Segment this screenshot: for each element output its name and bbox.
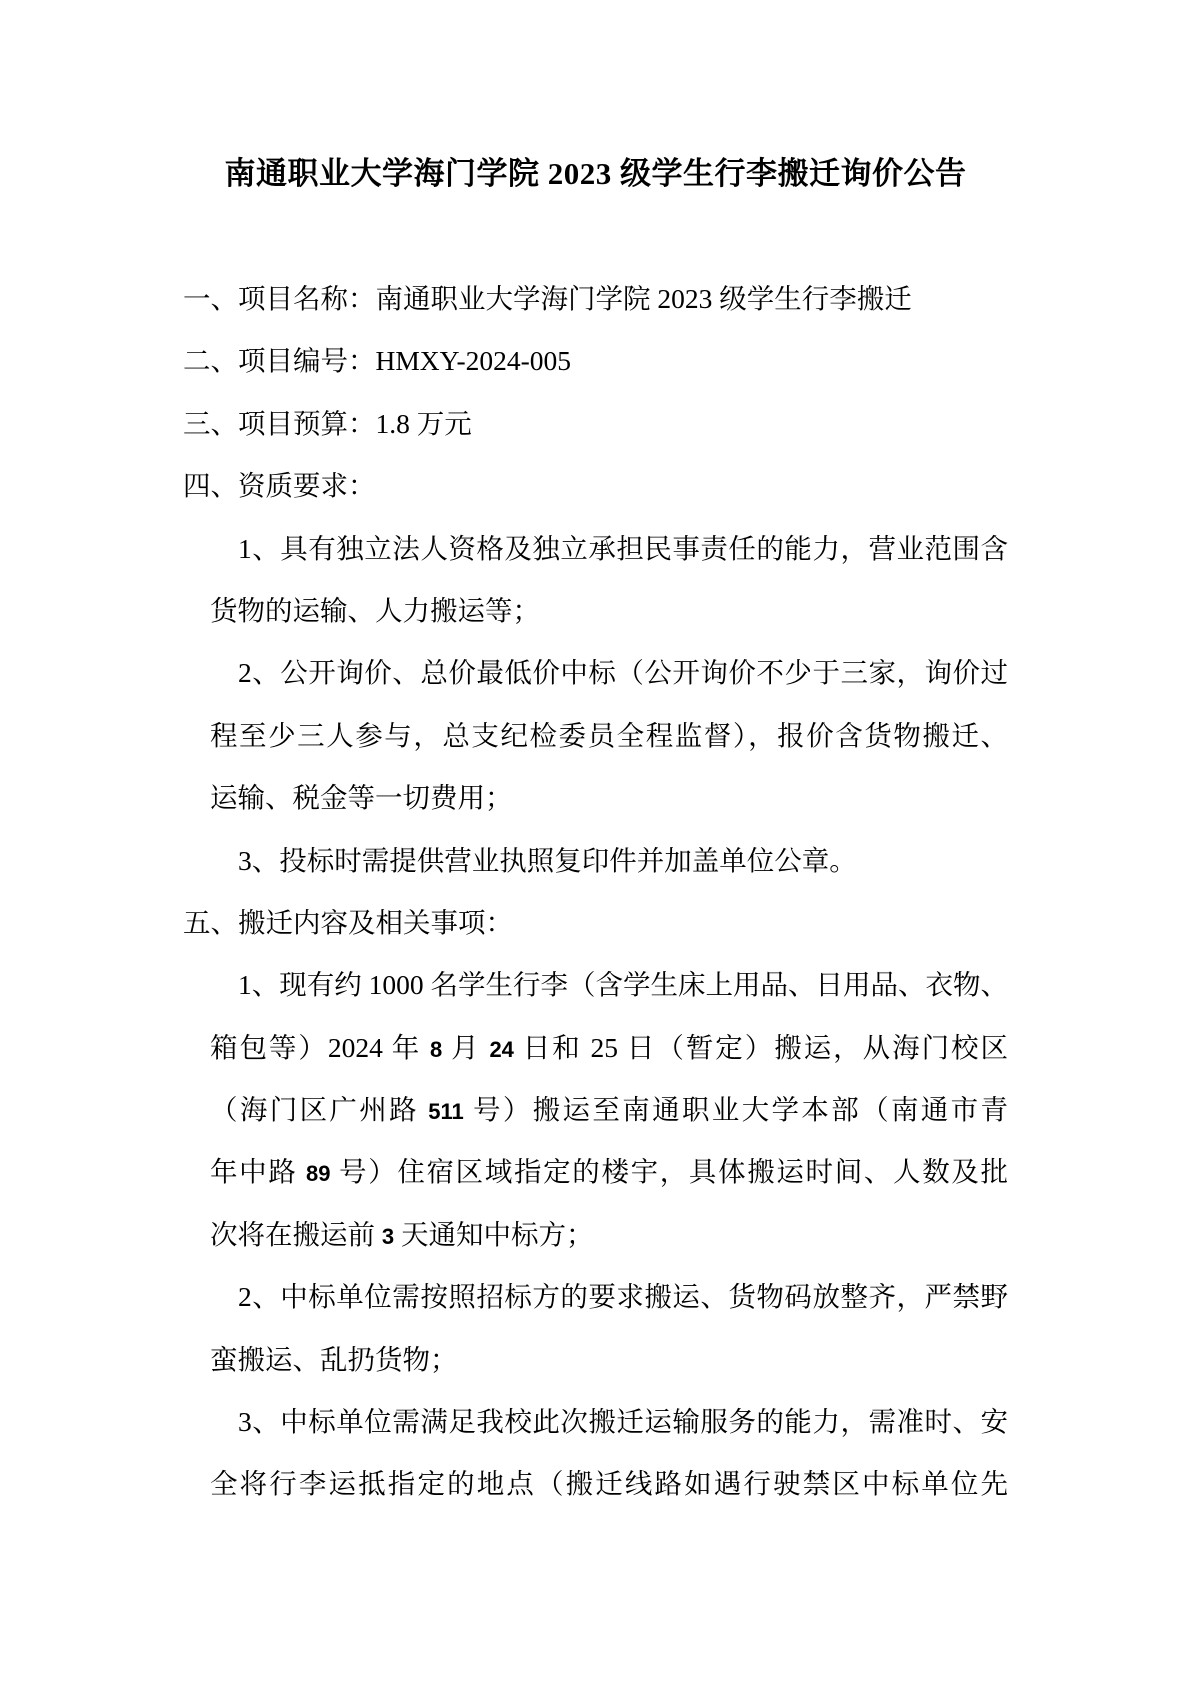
- text-line: 全将行李运抵指定的地点（搬迁线路如遇行驶禁区中标单位先: [210, 1453, 1008, 1515]
- text-line: 五、搬迁内容及相关事项：: [183, 892, 1191, 954]
- text-segment: 1、具有独立法人资格及独立承担民事责任的能力，营业范围含: [238, 533, 1008, 564]
- text-segment: 天通知中标方；: [394, 1219, 593, 1250]
- text-segment: 一、项目名称：南通职业大学海门学院 2023 级学生行李搬迁: [183, 283, 912, 314]
- document-title: 南通职业大学海门学院 2023 级学生行李搬迁询价公告: [0, 143, 1191, 205]
- text-line: 运输、税金等一切费用；: [210, 767, 1008, 829]
- sans-number: 3: [382, 1224, 394, 1249]
- text-line: 程至少三人参与，总支纪检委员全程监督），报价含货物搬迁、: [210, 705, 1008, 767]
- text-line: 三、项目预算：1.8 万元: [183, 393, 1191, 455]
- sans-number: 8: [430, 1037, 442, 1062]
- text-segment: 年中路: [210, 1156, 306, 1187]
- text-segment: 2、公开询价、总价最低价中标（公开询价不少于三家，询价过: [238, 657, 1008, 688]
- text-segment: 次将在搬运前: [210, 1219, 382, 1250]
- sans-number: 89: [306, 1161, 330, 1186]
- text-line: 一、项目名称：南通职业大学海门学院 2023 级学生行李搬迁: [183, 268, 1191, 330]
- text-segment: 3、中标单位需满足我校此次搬迁运输服务的能力，需准时、安: [238, 1406, 1008, 1437]
- text-segment: 箱包等）2024 年: [210, 1032, 430, 1063]
- text-segment: 三、项目预算：1.8 万元: [183, 408, 472, 439]
- text-segment: 程至少三人参与，总支纪检委员全程监督），报价含货物搬迁、: [210, 720, 1008, 751]
- document-page: 南通职业大学海门学院 2023 级学生行李搬迁询价公告 一、项目名称：南通职业大…: [0, 0, 1191, 1684]
- text-segment: 号）住宿区域指定的楼宇，具体搬运时间、人数及批: [331, 1156, 1009, 1187]
- text-segment: （海门区广州路: [210, 1094, 428, 1125]
- text-segment: 1、现有约 1000 名学生行李（含学生床上用品、日用品、衣物、: [238, 969, 1008, 1000]
- text-line: 二、项目编号：HMXY-2024-005: [183, 330, 1191, 392]
- text-line: 2、公开询价、总价最低价中标（公开询价不少于三家，询价过: [238, 642, 1008, 704]
- text-line: （海门区广州路 511 号）搬运至南通职业大学本部（南通市青: [210, 1079, 1008, 1141]
- document-body: 一、项目名称：南通职业大学海门学院 2023 级学生行李搬迁二、项目编号：HMX…: [0, 268, 1191, 1516]
- text-line: 1、现有约 1000 名学生行李（含学生床上用品、日用品、衣物、: [238, 954, 1008, 1016]
- text-line: 2、中标单位需按照招标方的要求搬运、货物码放整齐，严禁野: [238, 1266, 1008, 1328]
- text-segment: 3、投标时需提供营业执照复印件并加盖单位公章。: [238, 845, 857, 876]
- text-segment: 货物的运输、人力搬运等；: [210, 595, 540, 626]
- sans-number: 511: [428, 1099, 464, 1124]
- text-line: 蛮搬运、乱扔货物；: [210, 1329, 1008, 1391]
- text-segment: 2、中标单位需按照招标方的要求搬运、货物码放整齐，严禁野: [238, 1281, 1008, 1312]
- text-line: 3、投标时需提供营业执照复印件并加盖单位公章。: [238, 830, 1008, 892]
- text-segment: 四、资质要求：: [183, 470, 376, 501]
- text-segment: 蛮搬运、乱扔货物；: [210, 1344, 458, 1375]
- text-line: 年中路 89 号）住宿区域指定的楼宇，具体搬运时间、人数及批: [210, 1141, 1008, 1203]
- text-segment: 运输、税金等一切费用；: [210, 782, 513, 813]
- text-segment: 全将行李运抵指定的地点（搬迁线路如遇行驶禁区中标单位先: [210, 1468, 1008, 1499]
- text-segment: 月: [442, 1032, 489, 1063]
- text-segment: 二、项目编号：HMXY-2024-005: [183, 345, 571, 376]
- text-line: 次将在搬运前 3 天通知中标方；: [210, 1204, 1008, 1266]
- text-line: 四、资质要求：: [183, 455, 1191, 517]
- sans-number: 24: [489, 1037, 513, 1062]
- text-line: 1、具有独立法人资格及独立承担民事责任的能力，营业范围含: [238, 518, 1008, 580]
- text-segment: 号）搬运至南通职业大学本部（南通市青: [464, 1094, 1008, 1125]
- text-segment: 日和 25 日（暂定）搬运，从海门校区: [514, 1032, 1008, 1063]
- text-line: 货物的运输、人力搬运等；: [210, 580, 1008, 642]
- text-segment: 五、搬迁内容及相关事项：: [183, 907, 513, 938]
- text-line: 3、中标单位需满足我校此次搬迁运输服务的能力，需准时、安: [238, 1391, 1008, 1453]
- text-line: 箱包等）2024 年 8 月 24 日和 25 日（暂定）搬运，从海门校区: [210, 1017, 1008, 1079]
